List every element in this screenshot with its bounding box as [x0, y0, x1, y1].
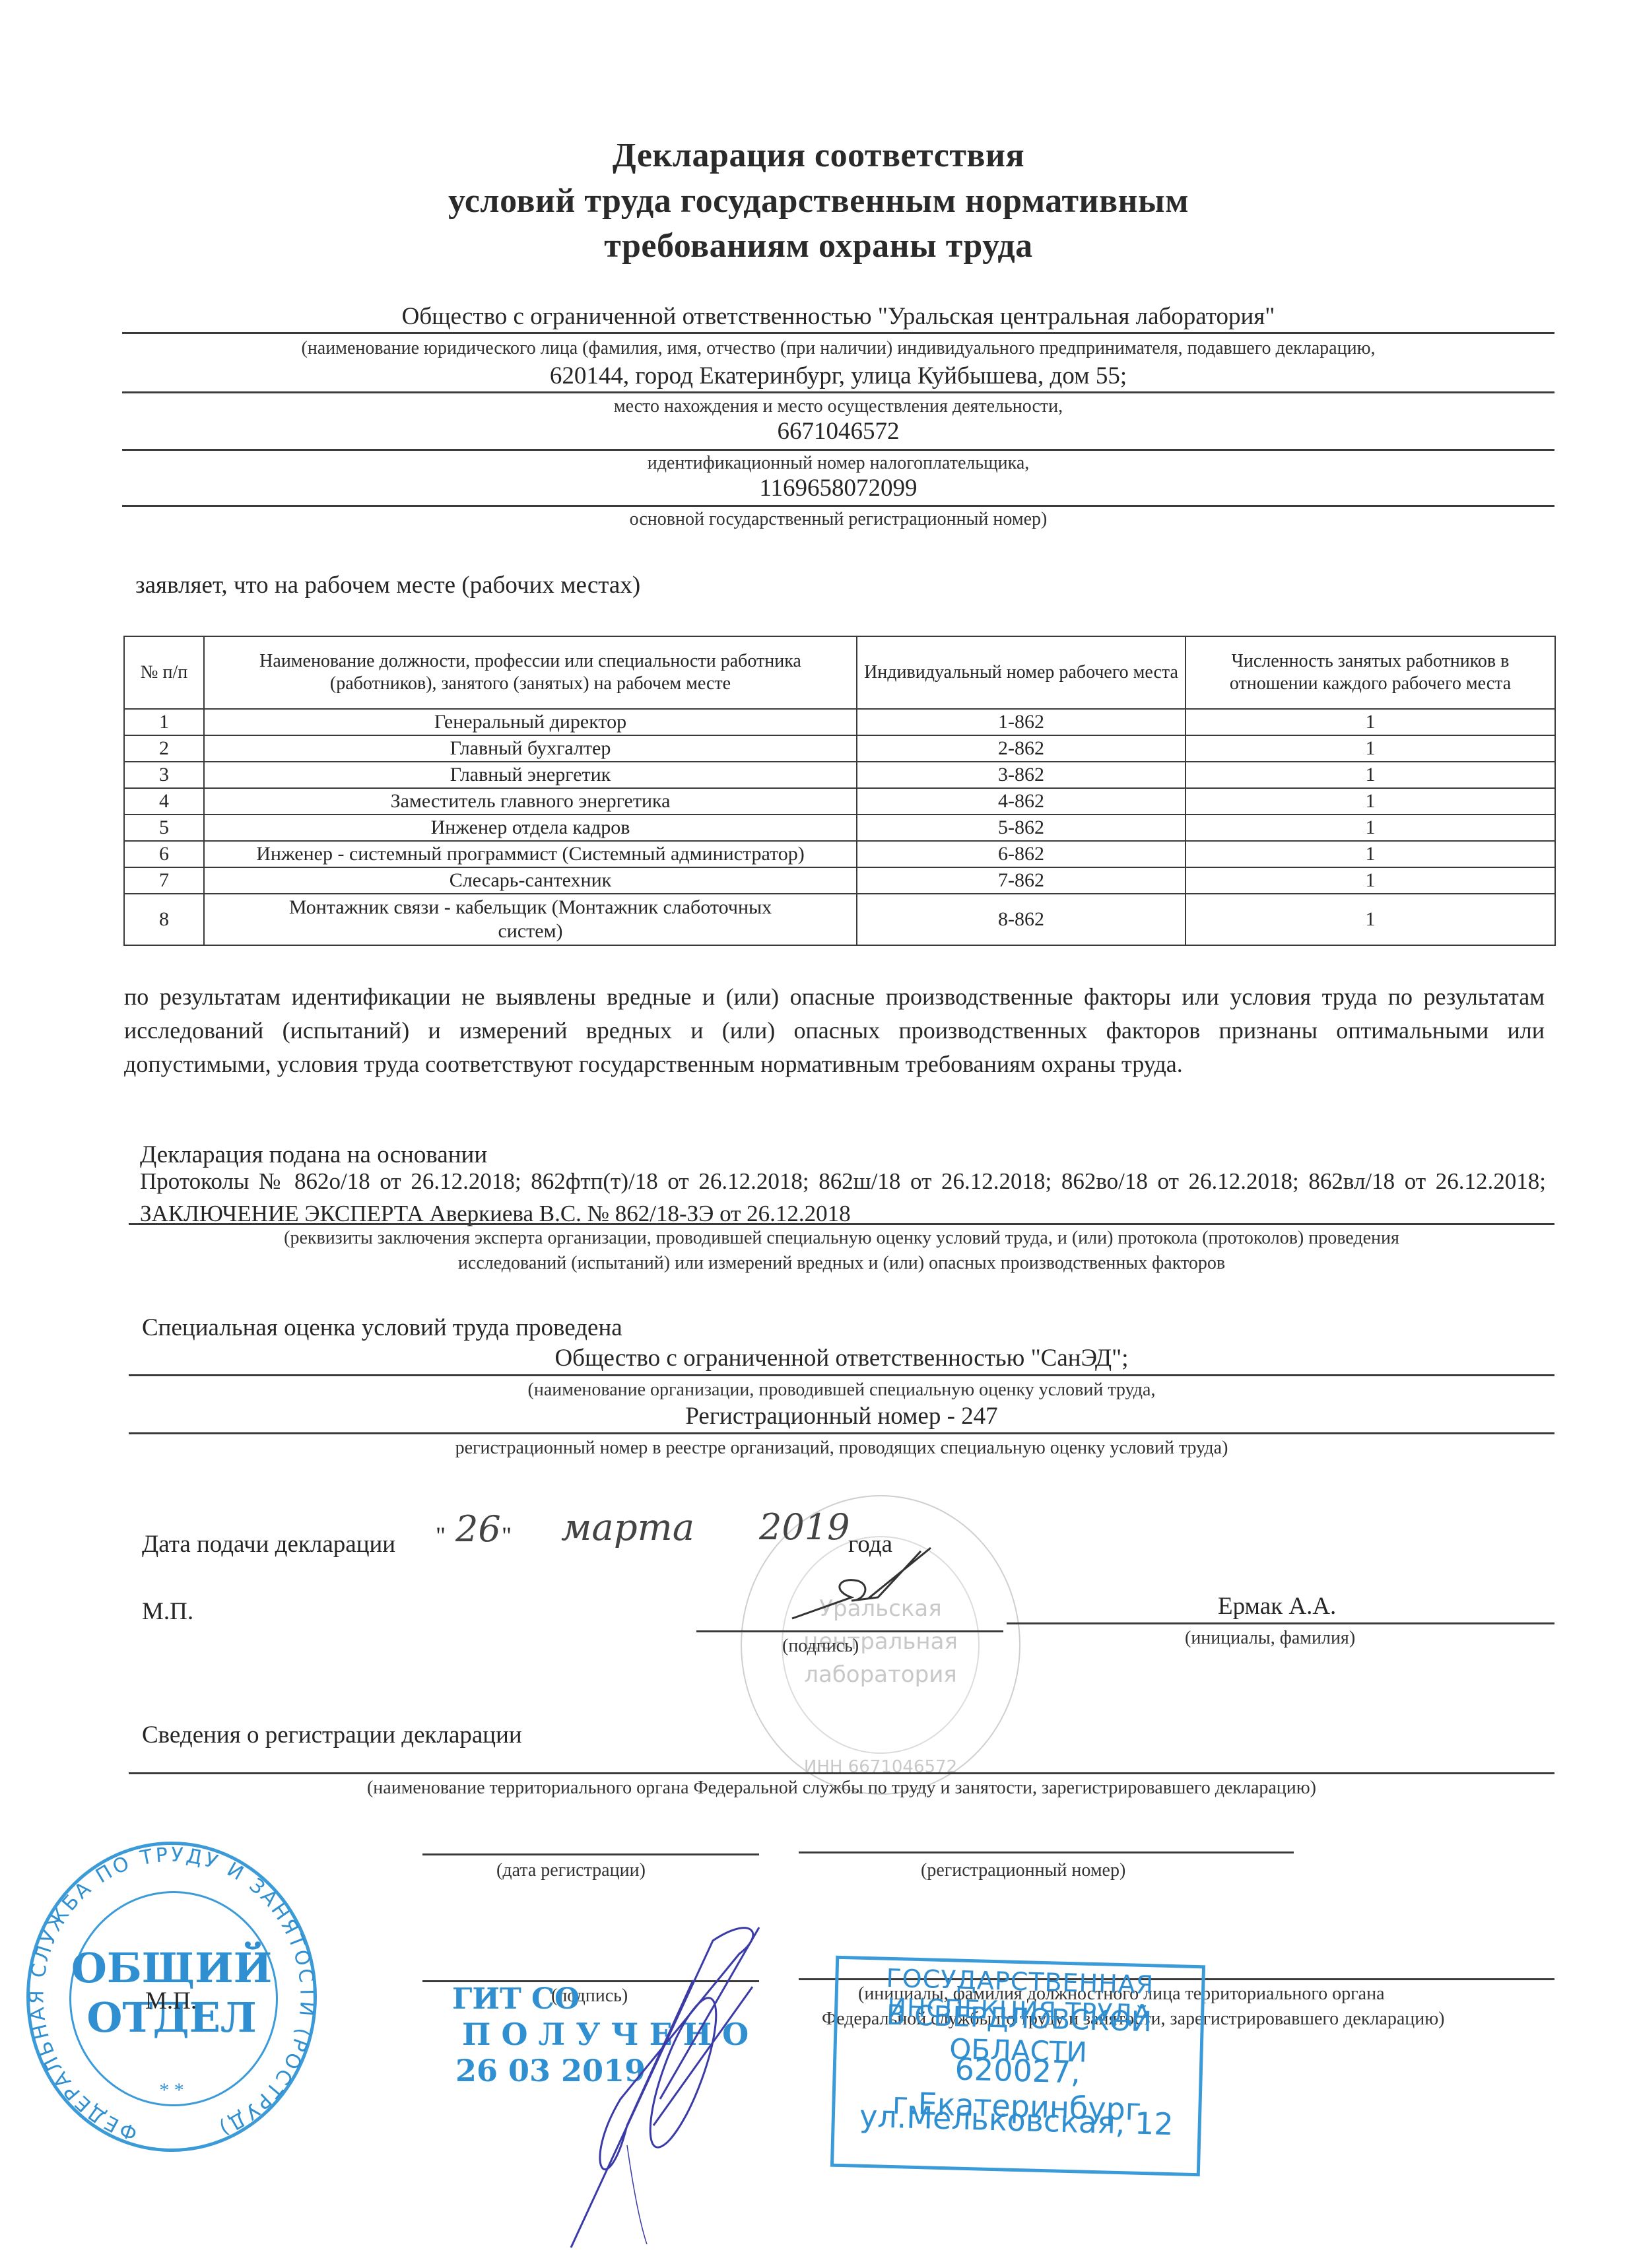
document-title-line-1: Декларация соответствия	[0, 136, 1637, 175]
table-row: 2 Главный бухгалтер 2-862 1	[124, 735, 1555, 762]
seal-label: М.П.	[142, 1597, 193, 1626]
underline	[122, 505, 1554, 507]
cell-num: 2	[124, 735, 204, 762]
cell-employees: 1	[1186, 735, 1555, 762]
declarant-address-caption: место нахождения и место осуществления д…	[122, 396, 1554, 417]
registration-authority-caption: (наименование территориального органа Фе…	[129, 1778, 1554, 1799]
cell-position: Инженер - системный программист (Системн…	[204, 841, 857, 867]
cell-workplace-id: 5-862	[857, 815, 1186, 841]
cell-num: 4	[124, 788, 204, 815]
declarant-ogrn-caption: основной государственный регистрационный…	[122, 509, 1554, 530]
table-row: 6 Инженер - системный программист (Систе…	[124, 841, 1555, 867]
cell-position: Главный бухгалтер	[204, 735, 857, 762]
cell-workplace-id: 2-862	[857, 735, 1186, 762]
cell-workplace-id: 7-862	[857, 867, 1186, 894]
quote-close: "	[502, 1522, 512, 1551]
column-header-position: Наименование должности, профессии или сп…	[204, 636, 857, 709]
cell-workplace-id: 4-862	[857, 788, 1186, 815]
cell-employees: 1	[1186, 867, 1555, 894]
declarant-org-name: Общество с ограниченной ответственностью…	[122, 302, 1554, 331]
cell-employees: 1	[1186, 841, 1555, 867]
underline	[122, 332, 1554, 334]
rostrud-seal-stars: * *	[30, 2079, 314, 2102]
underline	[122, 449, 1554, 451]
cell-num: 7	[124, 867, 204, 894]
cell-num: 6	[124, 841, 204, 867]
declarant-ogrn: 1169658072099	[122, 474, 1554, 502]
signer-name: Ермак А.А.	[1218, 1592, 1336, 1620]
cell-num: 3	[124, 762, 204, 788]
submission-date-label: Дата подачи декларации	[142, 1530, 395, 1558]
underline	[129, 1772, 1554, 1774]
table-row: 5 Инженер отдела кадров 5-862 1	[124, 815, 1555, 841]
results-paragraph: по результатам идентификации не выявлены…	[124, 980, 1545, 1081]
underline	[129, 1223, 1554, 1225]
registration-number-underline	[799, 1851, 1294, 1853]
declarant-address: 620144, город Екатеринбург, улица Куйбыш…	[122, 362, 1554, 390]
cell-num: 8	[124, 894, 204, 945]
registration-date-underline	[422, 1853, 759, 1855]
cell-position: Слесарь-сантехник	[204, 867, 857, 894]
declarant-org-caption: (наименование юридического лица (фамилия…	[122, 338, 1554, 359]
table-header-row: № п/п Наименование должности, профессии …	[124, 636, 1555, 709]
signature-icon	[772, 1545, 944, 1630]
assessment-label: Специальная оценка условий труда проведе…	[142, 1314, 622, 1342]
cell-employees: 1	[1186, 815, 1555, 841]
cell-employees: 1	[1186, 762, 1555, 788]
handwritten-year: 2019	[759, 1506, 850, 1548]
cell-employees: 1	[1186, 709, 1555, 735]
inspection-stamp: ГОСУДАРСТВЕННАЯ ИНСПЕКЦИЯ ТРУДА В СВЕРДЛ…	[830, 1956, 1205, 2177]
registration-number-caption: (регистрационный номер)	[921, 1860, 1125, 1881]
company-seal-text: лаборатория	[742, 1661, 1019, 1688]
basis-caption-line-1: (реквизиты заключения эксперта организац…	[129, 1228, 1554, 1249]
quote-open: "	[436, 1522, 446, 1551]
signer-caption: (инициалы, фамилия)	[1185, 1628, 1355, 1649]
column-header-employees: Численность занятых работников в отношен…	[1186, 636, 1555, 709]
signer-underline	[1007, 1622, 1554, 1624]
declarant-inn: 6671046572	[122, 417, 1554, 446]
declarant-inn-caption: идентификационный номер налогоплательщик…	[122, 453, 1554, 474]
cell-position: Генеральный директор	[204, 709, 857, 735]
table-row: 8 Монтажник связи - кабельщик (Монтажник…	[124, 894, 1555, 945]
cell-position: Главный энергетик	[204, 762, 857, 788]
document-title-line-2: условий труда государственным нормативны…	[0, 182, 1637, 220]
assessment-org-caption: (наименование организации, проводившей с…	[129, 1380, 1554, 1401]
cell-workplace-id: 6-862	[857, 841, 1186, 867]
statement-intro: заявляет, что на рабочем месте (рабочих …	[135, 571, 640, 599]
cell-position: Монтажник связи - кабельщик (Монтажник с…	[204, 894, 857, 945]
signature-underline	[696, 1630, 1003, 1632]
inspector-signature-icon	[541, 1914, 871, 2257]
table-row: 7 Слесарь-сантехник 7-862 1	[124, 867, 1555, 894]
handwritten-month: марта	[561, 1506, 694, 1549]
cell-workplace-id: 3-862	[857, 762, 1186, 788]
column-header-num: № п/п	[124, 636, 204, 709]
table-row: 4 Заместитель главного энергетика 4-862 …	[124, 788, 1555, 815]
column-header-workplace-id: Индивидуальный номер рабочего места	[857, 636, 1186, 709]
cell-num: 5	[124, 815, 204, 841]
cell-workplace-id: 8-862	[857, 894, 1186, 945]
cell-num: 1	[124, 709, 204, 735]
workplaces-table: № п/п Наименование должности, профессии …	[123, 636, 1556, 946]
cell-employees: 1	[1186, 894, 1555, 945]
registration-label: Сведения о регистрации декларации	[142, 1721, 522, 1749]
basis-documents: Протоколы № 862о/18 от 26.12.2018; 862фт…	[140, 1165, 1546, 1230]
handwritten-day: 26	[455, 1508, 501, 1550]
cell-position: Инженер отдела кадров	[204, 815, 857, 841]
table-row: 3 Главный энергетик 3-862 1	[124, 762, 1555, 788]
assessment-org-name: Общество с ограниченной ответственностью…	[129, 1344, 1554, 1372]
underline	[129, 1374, 1554, 1376]
document-title-line-3: требованиям охраны труда	[0, 226, 1637, 265]
table-row: 1 Генеральный директор 1-862 1	[124, 709, 1555, 735]
cell-employees: 1	[1186, 788, 1555, 815]
registration-seal-label: М.П.	[145, 1987, 197, 2015]
underline	[129, 1432, 1554, 1434]
basis-caption-line-2: исследований (испытаний) или измерений в…	[129, 1253, 1554, 1274]
rostrud-seal-center-line-1: ОБЩИЙ	[30, 1944, 314, 1992]
cell-workplace-id: 1-862	[857, 709, 1186, 735]
underline	[122, 391, 1554, 393]
cell-position: Заместитель главного энергетика	[204, 788, 857, 815]
assessment-reg-number: Регистрационный номер - 247	[129, 1402, 1554, 1430]
signature-caption: (подпись)	[782, 1636, 859, 1657]
registration-date-caption: (дата регистрации)	[496, 1860, 646, 1881]
assessment-reg-caption: регистрационный номер в реестре организа…	[129, 1438, 1554, 1459]
